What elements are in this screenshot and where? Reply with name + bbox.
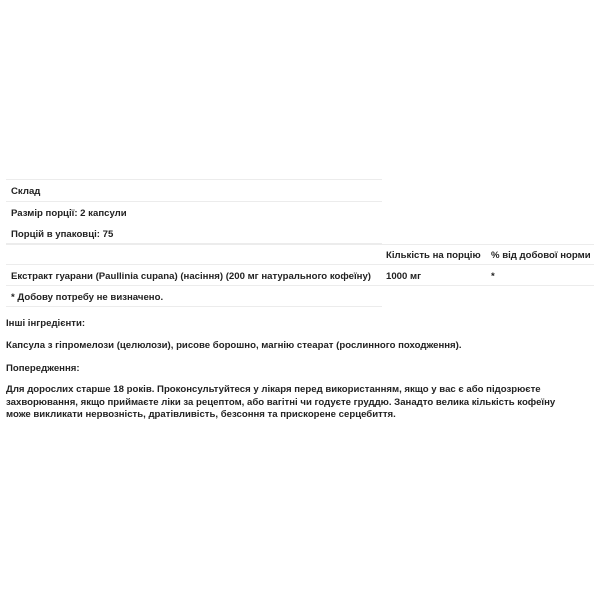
facts-title: Склад xyxy=(11,186,40,197)
divider xyxy=(6,285,594,286)
divider xyxy=(6,244,594,245)
warnings-text: Для дорослих старше 18 років. Проконсуль… xyxy=(6,384,566,422)
warnings-heading: Попередження: xyxy=(6,363,80,374)
divider xyxy=(6,201,382,202)
ingredient-dv: * xyxy=(491,271,495,282)
footnote: * Добову потребу не визначено. xyxy=(11,292,163,303)
divider xyxy=(6,264,594,265)
column-header-amount: Кількість на порцію xyxy=(386,250,481,261)
divider xyxy=(6,179,382,180)
servings-per-container: Порцій в упаковці: 75 xyxy=(11,229,113,240)
ingredient-amount: 1000 мг xyxy=(386,271,421,282)
column-header-dv: % від добової норми xyxy=(491,250,591,261)
serving-size: Размір порції: 2 капсули xyxy=(11,208,127,219)
other-ingredients-heading: Інші інгредієнти: xyxy=(6,318,85,329)
divider xyxy=(6,306,382,307)
other-ingredients-text: Капсула з гіпромелози (целюлози), рисове… xyxy=(6,340,462,351)
ingredient-name: Екстракт гуарани (Paullinia cupana) (нас… xyxy=(11,271,371,282)
